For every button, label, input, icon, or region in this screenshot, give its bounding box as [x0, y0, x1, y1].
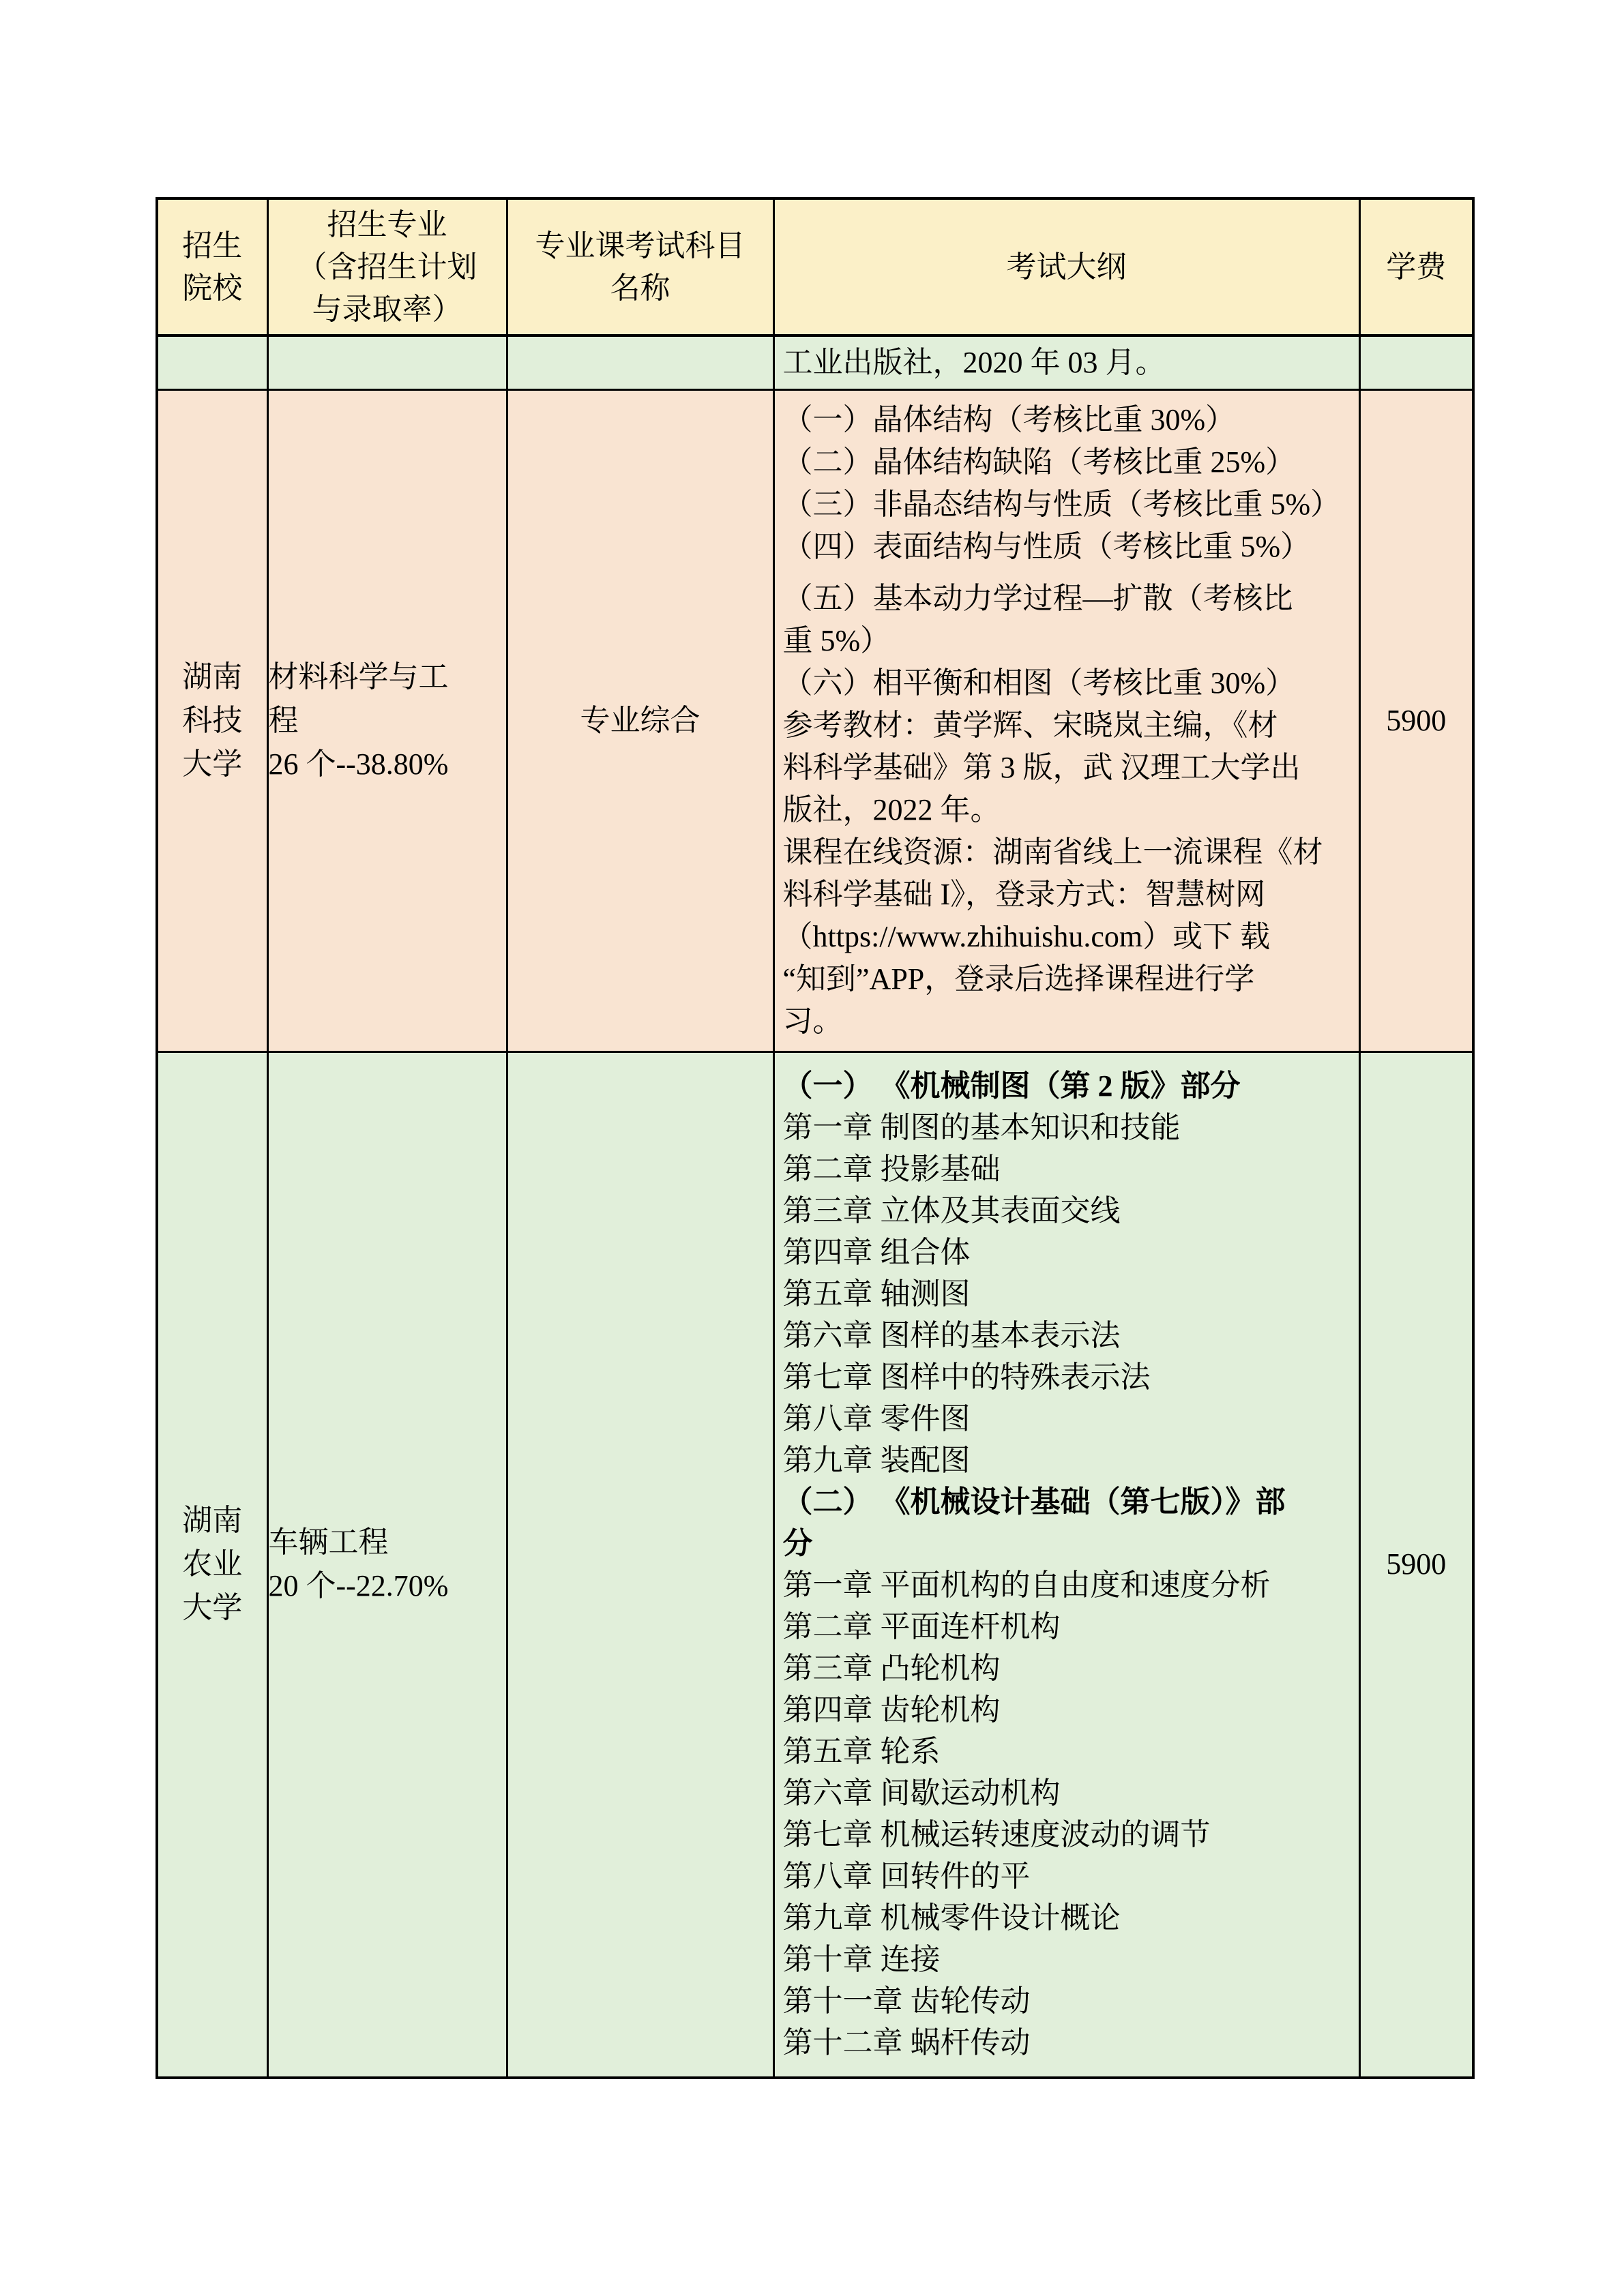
- cell-syllabus: 工业出版社，2020 年 03 月。: [773, 336, 1359, 389]
- cell-tuition: 5900: [1359, 1052, 1473, 2078]
- syllabus-paragraph: 第十二章 蜗杆传动: [783, 2022, 1355, 2063]
- syllabus-paragraph: 工业出版社，2020 年 03 月。: [783, 342, 1355, 384]
- syllabus-paragraph: 第七章 图样中的特殊表示法: [783, 1356, 1355, 1398]
- syllabus-paragraph: 课程在线资源：湖南省线上一流课程《材 料科学基础 I》，登录方式：智慧树网 （h…: [783, 831, 1355, 1043]
- cell-subject: 专业综合: [507, 389, 773, 1052]
- table-row-hnny-university: 湖南 农业 大学 车辆工程 20 个--22.70% （一） 《机械制图（第 2…: [157, 1052, 1473, 2078]
- syllabus-paragraph: 第四章 组合体: [783, 1232, 1355, 1273]
- cell-syllabus: （一） 《机械制图（第 2 版》部分第一章 制图的基本知识和技能第二章 投影基础…: [773, 1052, 1359, 2078]
- syllabus-paragraph: 第十一章 齿轮传动: [783, 1980, 1355, 2022]
- syllabus-content: （一） 《机械制图（第 2 版》部分第一章 制图的基本知识和技能第二章 投影基础…: [775, 1061, 1359, 2068]
- syllabus-paragraph: 第九章 装配图: [783, 1440, 1355, 1481]
- table-row-hnkj-university: 湖南 科技 大学 材料科学与工 程 26 个--38.80% 专业综合 （一）晶…: [157, 389, 1473, 1052]
- header-cell-major: 招生专业 （含招生计划 与录取率）: [267, 198, 507, 336]
- cell-major: 车辆工程 20 个--22.70%: [267, 1052, 507, 2078]
- cell-tuition: 5900: [1359, 389, 1473, 1052]
- header-row: 招生 院校 招生专业 （含招生计划 与录取率） 专业课考试科目 名称 考试大纲 …: [157, 198, 1473, 336]
- syllabus-paragraph: 第九章 机械零件设计概论: [783, 1897, 1355, 1939]
- cell-school: 湖南 科技 大学: [157, 389, 267, 1052]
- syllabus-paragraph: 第二章 投影基础: [783, 1148, 1355, 1190]
- header-cell-tuition: 学费: [1359, 198, 1473, 336]
- cell-school: 湖南 农业 大学: [157, 1052, 267, 2078]
- cell-major: 材料科学与工 程 26 个--38.80%: [267, 389, 507, 1052]
- syllabus-paragraph: 第六章 间歇运动机构: [783, 1772, 1355, 1814]
- cell-tuition: [1359, 336, 1473, 389]
- cell-syllabus: （一）晶体结构（考核比重 30%）（二）晶体结构缺陷（考核比重 25%）（三）非…: [773, 389, 1359, 1052]
- syllabus-paragraph: 第一章 制图的基本知识和技能: [783, 1107, 1355, 1148]
- cell-major: [267, 336, 507, 389]
- syllabus-paragraph: 参考教材：黄学辉、宋晓岚主编，《材 料科学基础》第 3 版，武 汉理工大学出 版…: [783, 704, 1355, 831]
- syllabus-paragraph: （一） 《机械制图（第 2 版》部分: [783, 1065, 1355, 1107]
- syllabus-paragraph: （一）晶体结构（考核比重 30%）: [783, 399, 1355, 441]
- syllabus-content: 工业出版社，2020 年 03 月。: [775, 338, 1359, 388]
- syllabus-paragraph: 第一章 平面机构的自由度和速度分析: [783, 1564, 1355, 1606]
- header-cell-school: 招生 院校: [157, 198, 267, 336]
- cell-subject: [507, 336, 773, 389]
- syllabus-paragraph: 第五章 轴测图: [783, 1273, 1355, 1315]
- cell-school: [157, 336, 267, 389]
- header-cell-syllabus: 考试大纲: [773, 198, 1359, 336]
- table-row-continuation: 工业出版社，2020 年 03 月。: [157, 336, 1473, 389]
- syllabus-content: （一）晶体结构（考核比重 30%）（二）晶体结构缺陷（考核比重 25%）（三）非…: [775, 395, 1359, 1047]
- syllabus-paragraph: 第三章 立体及其表面交线: [783, 1190, 1355, 1232]
- syllabus-paragraph: 第二章 平面连杆机构: [783, 1606, 1355, 1648]
- syllabus-paragraph: 第七章 机械运转速度波动的调节: [783, 1814, 1355, 1855]
- document-page: 招生 院校 招生专业 （含招生计划 与录取率） 专业课考试科目 名称 考试大纲 …: [0, 0, 1624, 2296]
- syllabus-paragraph: 第六章 图样的基本表示法: [783, 1315, 1355, 1356]
- syllabus-paragraph: （五）基本动力学过程—扩散（考核比 重 5%）: [783, 578, 1355, 662]
- syllabus-paragraph: （六）相平衡和相图（考核比重 30%）: [783, 662, 1355, 704]
- syllabus-paragraph: 第四章 齿轮机构: [783, 1689, 1355, 1731]
- header-cell-subject: 专业课考试科目 名称: [507, 198, 773, 336]
- cell-subject: [507, 1052, 773, 2078]
- syllabus-paragraph: （四）表面结构与性质（考核比重 5%）: [783, 526, 1355, 568]
- admissions-table: 招生 院校 招生专业 （含招生计划 与录取率） 专业课考试科目 名称 考试大纲 …: [156, 197, 1475, 2079]
- syllabus-paragraph: （二）晶体结构缺陷（考核比重 25%）: [783, 441, 1355, 483]
- syllabus-paragraph: 第八章 零件图: [783, 1398, 1355, 1440]
- syllabus-paragraph: 第八章 回转件的平: [783, 1855, 1355, 1897]
- syllabus-paragraph: 第五章 轮系: [783, 1731, 1355, 1772]
- syllabus-paragraph: （三）非晶态结构与性质（考核比重 5%）: [783, 483, 1355, 526]
- syllabus-paragraph: 第十章 连接: [783, 1939, 1355, 1980]
- syllabus-paragraph: 第三章 凸轮机构: [783, 1648, 1355, 1689]
- syllabus-paragraph: （二） 《机械设计基础（第七版）》部 分: [783, 1481, 1355, 1564]
